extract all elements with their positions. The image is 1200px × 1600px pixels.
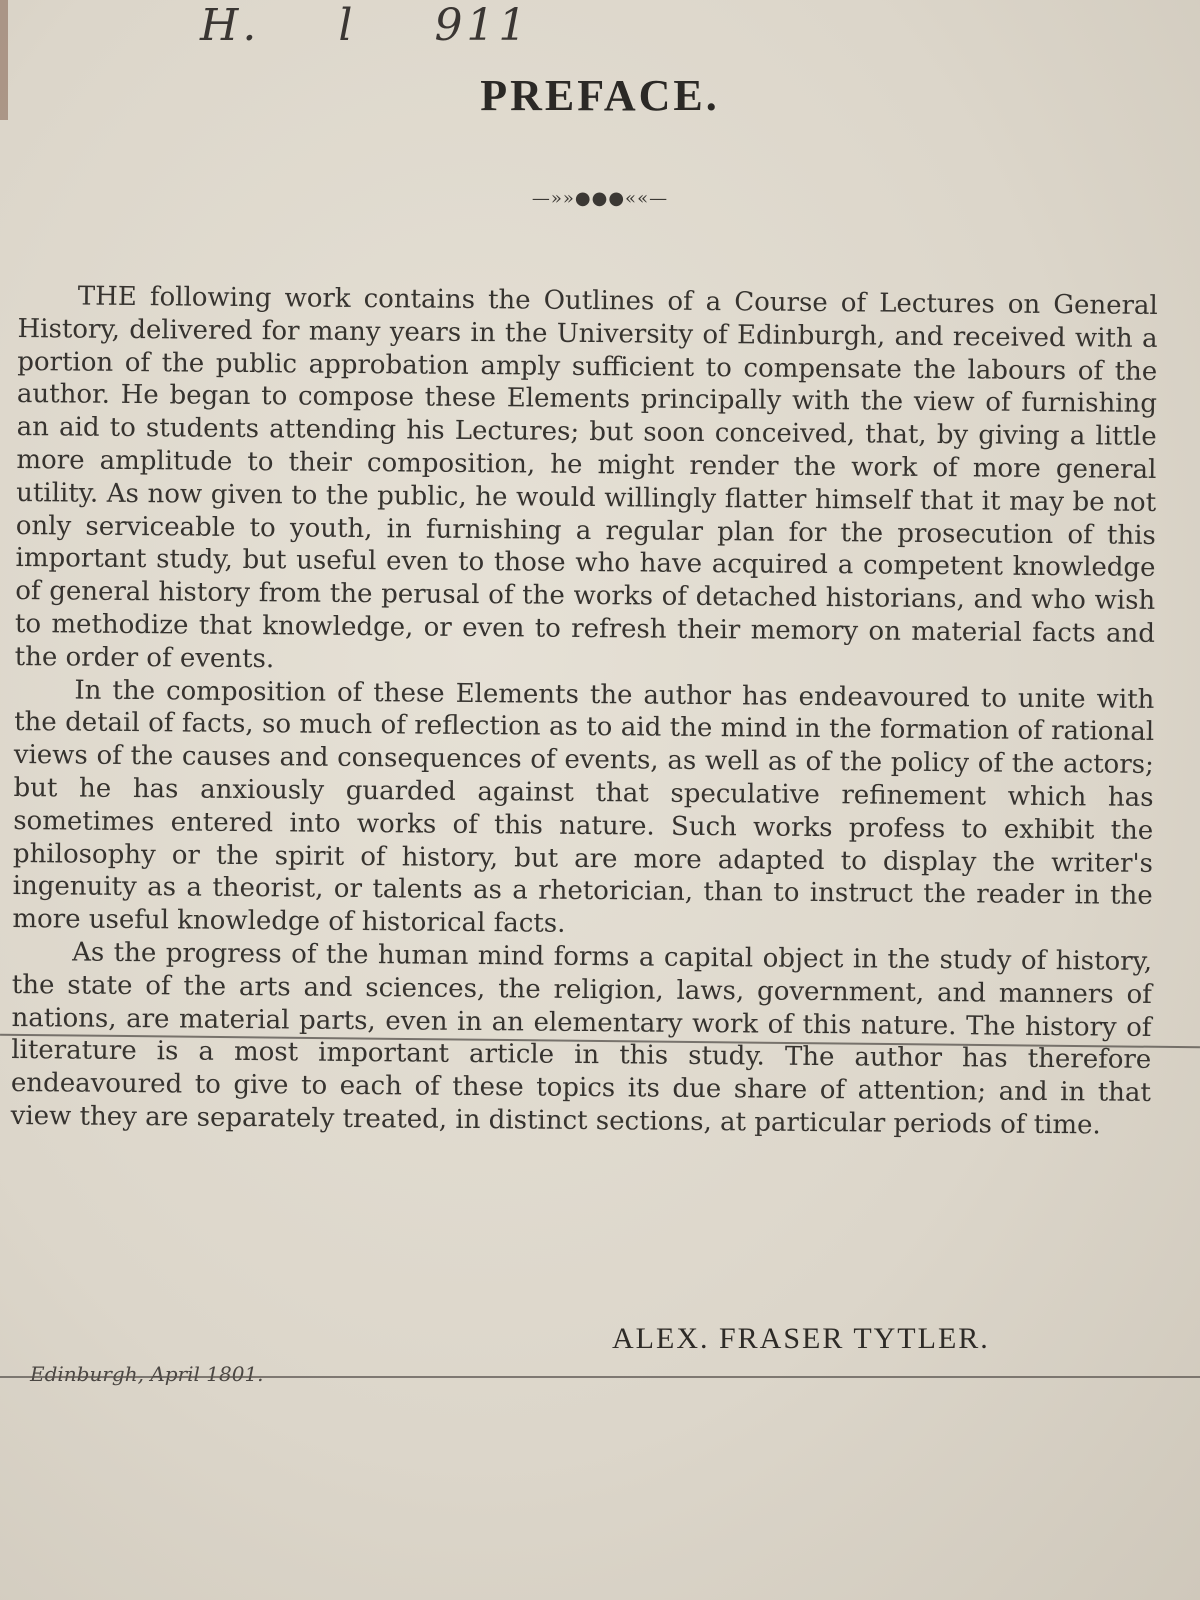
dateline: Edinburgh, April 1801. — [30, 1362, 264, 1386]
handwritten-mark: l — [338, 0, 356, 51]
handwritten-mark: H. — [200, 0, 260, 51]
handwritten-note: H. l 911 — [200, 0, 590, 51]
bottom-rule — [0, 1376, 1200, 1378]
preface-body: THE following work contains the Outlines… — [11, 280, 1158, 1143]
paragraph: THE following work contains the Outlines… — [15, 280, 1158, 683]
paragraph: In the composition of these Elements the… — [12, 674, 1154, 946]
author-signature: ALEX. FRASER TYTLER. — [612, 1322, 990, 1356]
page-title: PREFACE. — [0, 70, 1200, 121]
handwritten-mark: 911 — [434, 0, 530, 51]
document-page: H. l 911 PREFACE. —»»●●●««— THE followin… — [0, 0, 1200, 1600]
ornament-divider: —»»●●●««— — [0, 188, 1200, 209]
